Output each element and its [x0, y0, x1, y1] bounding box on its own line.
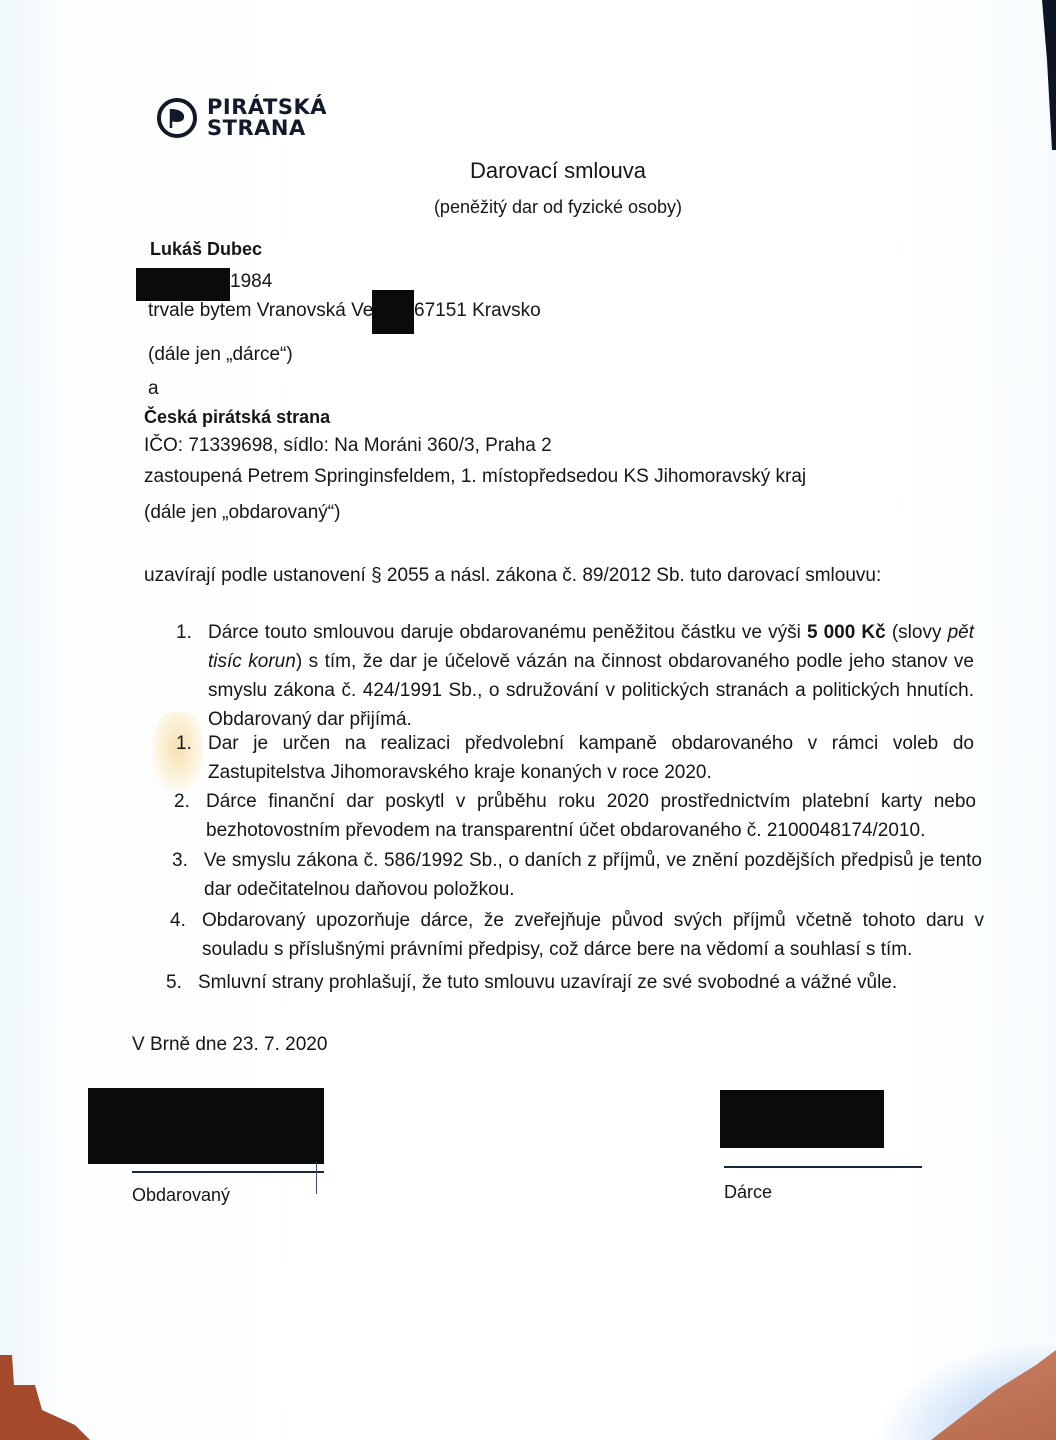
clause-text: Ve smyslu zákona č. 586/1992 Sb., o daní…: [204, 846, 982, 904]
place-and-date: V Brně dne 23. 7. 2020: [132, 1033, 327, 1057]
donor-signature-label: Dárce: [724, 1180, 772, 1204]
redacted-house-number: [372, 290, 414, 334]
clause-number: 1.: [176, 729, 192, 758]
recipient-signature-label: Obdarovaný: [132, 1183, 230, 1207]
party-logo: PIRÁTSKÁ STRANA: [157, 97, 327, 139]
clause-text: Dárce touto smlouvou daruje obdarovanému…: [208, 618, 974, 734]
recipient-signature-line: [132, 1171, 324, 1173]
conjunction: a: [148, 377, 159, 401]
redacted-birth-date: [136, 268, 230, 301]
logo-line-2: STRANA: [207, 118, 327, 139]
donation-amount: 5 000 Kč: [807, 622, 886, 643]
pirate-flag-icon: [157, 98, 197, 138]
redacted-recipient-signature: [88, 1088, 324, 1164]
donor-birth-year: 1984: [230, 270, 272, 294]
document-title: Darovací smlouva: [0, 159, 1056, 183]
recipient-name: Česká pirátská strana: [144, 405, 330, 429]
clause: 1. Dárce touto smlouvou daruje obdarovan…: [176, 618, 976, 736]
donor-address-prefix: trvale bytem Vranovská Ves: [148, 299, 383, 323]
clause-number: 5.: [166, 968, 182, 997]
donor-name: Lukáš Dubec: [150, 237, 262, 261]
donor-alias: (dále jen „dárce“): [148, 343, 293, 367]
clause-text: Dar je určen na realizaci předvolební ka…: [208, 729, 974, 787]
clause-number: 1.: [176, 618, 192, 647]
clause-text: Smluvní strany prohlašují, že tuto smlou…: [198, 968, 984, 997]
document-subtitle: (peněžitý dar od fyzické osoby): [0, 195, 1056, 219]
clause-text: Obdarovaný upozorňuje dárce, že zveřejňu…: [202, 906, 984, 964]
donor-signature-line: [724, 1166, 922, 1168]
preamble: uzavírají podle ustanovení § 2055 a násl…: [144, 564, 881, 588]
clause-number: 4.: [170, 906, 186, 935]
recipient-representative: zastoupená Petrem Springinsfeldem, 1. mí…: [144, 465, 806, 489]
clause-text: Dárce finanční dar poskytl v průběhu rok…: [206, 787, 976, 845]
donor-address-suffix: 67151 Kravsko: [414, 299, 541, 323]
recipient-ico: IČO: 71339698, sídlo: Na Moráni 360/3, P…: [144, 434, 552, 458]
signature-stroke: [316, 1162, 317, 1194]
clause-number: 3.: [172, 846, 188, 875]
clause-number: 2.: [174, 787, 190, 816]
recipient-alias: (dále jen „obdarovaný“): [144, 501, 340, 525]
redacted-donor-signature: [720, 1090, 884, 1148]
logo-text: PIRÁTSKÁ STRANA: [207, 97, 327, 139]
logo-line-1: PIRÁTSKÁ: [207, 97, 327, 118]
